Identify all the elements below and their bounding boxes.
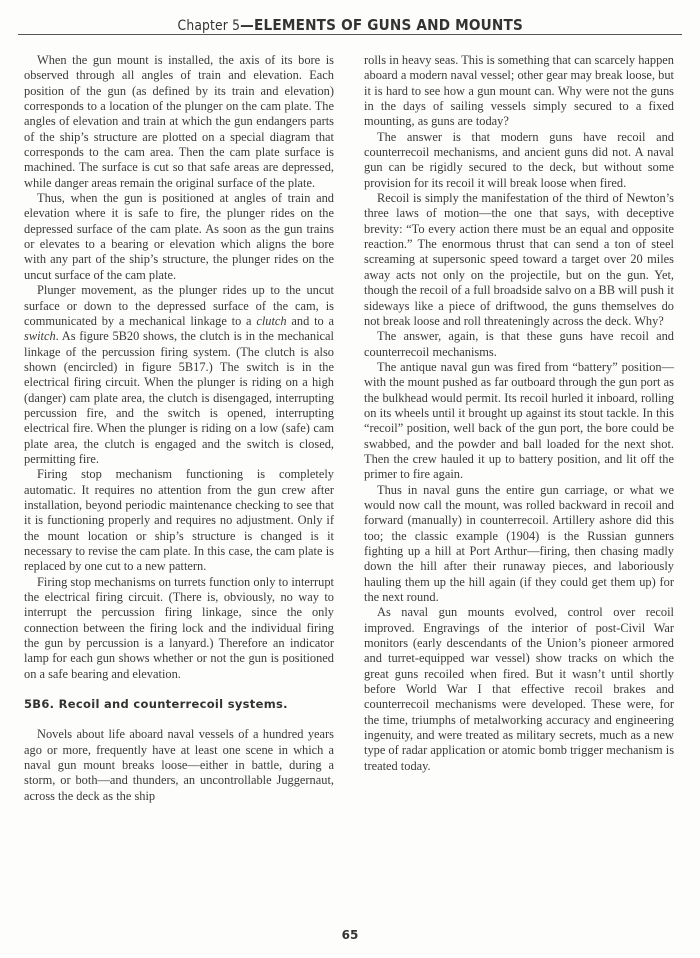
paragraph: Firing stop mechanisms on turrets functi… xyxy=(24,575,334,682)
header-rule xyxy=(18,34,682,35)
text-run: . As figure 5B20 shows, the clutch is in… xyxy=(24,329,334,466)
paragraph: Thus in naval guns the entire gun carria… xyxy=(364,483,674,606)
left-column: When the gun mount is installed, the axi… xyxy=(24,53,334,804)
text-run: and to a xyxy=(287,314,334,328)
paragraph: Recoil is simply the manifestation of th… xyxy=(364,191,674,329)
paragraph: Thus, when the gun is positioned at angl… xyxy=(24,191,334,283)
term-switch: switch xyxy=(24,329,56,343)
right-column: rolls in heavy seas. This is something t… xyxy=(364,53,674,774)
paragraph: rolls in heavy seas. This is something t… xyxy=(364,53,674,130)
section-heading: 5B6. Recoil and counterrecoil systems. xyxy=(24,697,334,712)
paragraph: The answer is that modern guns have reco… xyxy=(364,130,674,191)
running-header: Chapter 5—ELEMENTS OF GUNS AND MOUNTS xyxy=(18,6,682,36)
paragraph: Plunger movement, as the plunger rides u… xyxy=(24,283,334,467)
paragraph: The answer, again, is that these guns ha… xyxy=(364,329,674,360)
paragraph: The antique naval gun was fired from “ba… xyxy=(364,360,674,483)
paragraph: Novels about life aboard naval vessels o… xyxy=(24,727,334,804)
page-number: 65 xyxy=(0,928,700,942)
paragraph: Firing stop mechanism functioning is com… xyxy=(24,467,334,574)
paragraph: As naval gun mounts evolved, control ove… xyxy=(364,605,674,774)
term-clutch: clutch xyxy=(256,314,286,328)
paragraph: When the gun mount is installed, the axi… xyxy=(24,53,334,191)
chapter-title: Chapter 5—ELEMENTS OF GUNS AND MOUNTS xyxy=(177,16,522,34)
chapter-label: Chapter 5 xyxy=(177,18,240,34)
chapter-name: —ELEMENTS OF GUNS AND MOUNTS xyxy=(240,16,523,34)
